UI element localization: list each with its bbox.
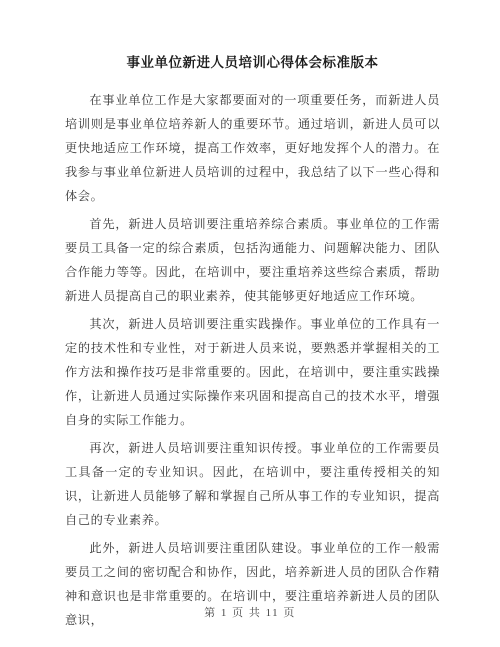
page-number-footer: 第 1 页 共 11 页	[0, 604, 500, 620]
paragraph-third-point: 再次，新进人员培训要注重知识传授。事业单位的工作需要员工具备一定的专业知识。因此…	[65, 436, 440, 532]
paragraph-first-point: 首先，新进人员培训要注重培养综合素质。事业单位的工作需要员工具备一定的综合素质，…	[65, 212, 440, 308]
document-title: 事业单位新进人员培训心得体会标准版本	[65, 52, 440, 74]
document-content: 事业单位新进人员培训心得体会标准版本 在事业单位工作是大家都要面对的一项重要任务…	[0, 0, 500, 632]
paragraph-intro: 在事业单位工作是大家都要面对的一项重要任务，而新进人员培训则是事业单位培养新人的…	[65, 88, 440, 208]
document-page: 事业单位新进人员培训心得体会标准版本 在事业单位工作是大家都要面对的一项重要任务…	[0, 0, 500, 647]
paragraph-second-point: 其次，新进人员培训要注重实践操作。事业单位的工作具有一定的技术性和专业性，对于新…	[65, 312, 440, 432]
